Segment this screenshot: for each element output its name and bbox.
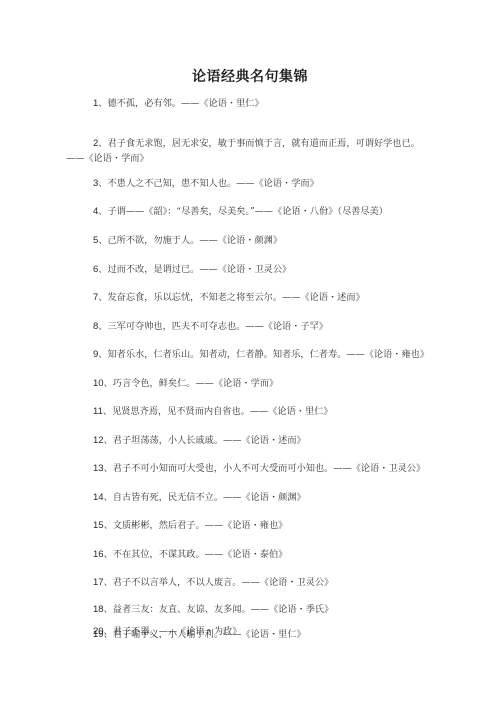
item-text: 益者三友：友直、友谅、友多闻。——《论语・季氏》 xyxy=(113,604,334,615)
item-text: 知者乐水，仁者乐山。知者动，仁者静。知者乐，仁者寿。——《论语・雍也》 xyxy=(107,349,429,360)
item-number: 15 xyxy=(93,520,104,531)
item-text: 发奋忘食，乐以忘忧，不知老之将至云尔。——《论语・述而》 xyxy=(107,292,364,303)
item-text: 文质彬彬，然后君子。——《论语・雍也》 xyxy=(113,520,288,531)
quote-item-5: 5、己所不欲，勿施于人。——《论语・颜渊》 xyxy=(66,234,434,249)
quote-item-20: 20、君子不器。——《论语・为政》 xyxy=(66,625,434,640)
quote-item-15: 15、文质彬彬，然后君子。——《论语・雍也》 xyxy=(66,519,434,534)
document-title: 论语经典名句集锦 xyxy=(0,66,500,86)
item-text: 德不孤，必有邻。——《论语・里仁》 xyxy=(107,98,263,109)
item-text: 不患人之不己知，患不知人也。——《论语・学而》 xyxy=(107,178,318,189)
item-separator: 、 xyxy=(104,626,113,637)
item-number: 17 xyxy=(93,577,104,588)
item-text: 己所不欲，勿施于人。——《论语・颜渊》 xyxy=(107,235,282,246)
item-text: 君子食无求饱，居无求安，敏于事而慎于言，就有道而正焉，可谓好学也已。——《论语・… xyxy=(66,138,420,164)
item-text: 君子不器。——《论语・为政》 xyxy=(113,626,242,637)
item-number: 11 xyxy=(93,406,103,417)
item-separator: 、 xyxy=(104,463,113,474)
item-number: 20 xyxy=(93,626,104,637)
quote-item-13: 13、君子不可小知而可大受也，小人不可大受而可小知也。——《论语・卫灵公》 xyxy=(66,462,434,477)
item-number: 18 xyxy=(93,604,104,615)
quote-item-12: 12、君子坦荡荡，小人长戚戚。——《论语・述而》 xyxy=(66,434,434,449)
item-separator: 、 xyxy=(104,492,113,503)
quote-item-7: 7、发奋忘食，乐以忘忧，不知老之将至云尔。——《论语・述而》 xyxy=(66,291,434,306)
item-text: 三军可夺帅也，匹夫不可夺志也。——《论语・子罕》 xyxy=(107,321,328,332)
item-separator: 、 xyxy=(103,406,112,417)
quote-item-2: 2、君子食无求饱，居无求安，敏于事而慎于言，就有道而正焉，可谓好学也已。——《论… xyxy=(66,137,434,166)
item-number: 12 xyxy=(93,435,104,446)
item-number: 10 xyxy=(93,378,104,389)
item-text: 子谓——《韶》：“尽善矣，尽美矣。”——《论语・八佾》（尽善尽美） xyxy=(107,206,387,217)
quote-item-11: 11、见贤思齐焉，见不贤而内自省也。——《论语・里仁》 xyxy=(66,405,434,420)
quote-item-8: 8、三军可夺帅也，匹夫不可夺志也。——《论语・子罕》 xyxy=(66,320,434,335)
item-text: 不在其位，不谋其政。——《论语・泰伯》 xyxy=(113,549,288,560)
item-text: 过而不改，是谓过已。——《论语・卫灵公》 xyxy=(107,264,291,275)
quote-item-1: 1、德不孤，必有邻。——《论语・里仁》 xyxy=(66,97,434,112)
item-separator: 、 xyxy=(104,604,113,615)
quote-item-9: 9、知者乐水，仁者乐山。知者动，仁者静。知者乐，仁者寿。——《论语・雍也》 xyxy=(66,348,434,363)
item-separator: 、 xyxy=(104,577,113,588)
quote-item-17: 17、君子不以言举人，不以人废言。——《论语・卫灵公》 xyxy=(66,576,434,591)
item-text: 君子不以言举人，不以人废言。——《论语・卫灵公》 xyxy=(113,577,334,588)
item-text: 君子坦荡荡，小人长戚戚。——《论语・述而》 xyxy=(113,435,306,446)
item-text: 君子不可小知而可大受也，小人不可大受而可小知也。——《论语・卫灵公》 xyxy=(113,463,425,474)
item-text: 巧言令色，鲜矣仁。——《论语・学而》 xyxy=(113,378,278,389)
item-number: 16 xyxy=(93,549,104,560)
item-text: 见贤思齐焉，见不贤而内自省也。——《论语・里仁》 xyxy=(112,406,333,417)
item-separator: 、 xyxy=(104,520,113,531)
item-separator: 、 xyxy=(104,435,113,446)
quote-item-6: 6、过而不改，是谓过已。——《论语・卫灵公》 xyxy=(66,263,434,278)
item-number: 14 xyxy=(93,492,104,503)
item-separator: 、 xyxy=(104,378,113,389)
item-text: 自古皆有死，民无信不立。——《论语・颜渊》 xyxy=(113,492,306,503)
item-separator: 、 xyxy=(104,549,113,560)
quote-item-3: 3、不患人之不己知，患不知人也。——《论语・学而》 xyxy=(66,177,434,192)
quote-item-10: 10、巧言令色，鲜矣仁。——《论语・学而》 xyxy=(66,377,434,392)
quote-item-14: 14、自古皆有死，民无信不立。——《论语・颜渊》 xyxy=(66,491,434,506)
quote-item-18: 18、益者三友：友直、友谅、友多闻。——《论语・季氏》 xyxy=(66,603,434,618)
quote-item-16: 16、不在其位，不谋其政。——《论语・泰伯》 xyxy=(66,548,434,563)
document-page: 论语经典名句集锦 1、德不孤，必有邻。——《论语・里仁》 2、君子食无求饱，居无… xyxy=(0,0,500,708)
item-number: 13 xyxy=(93,463,104,474)
quote-item-4: 4、子谓——《韶》：“尽善矣，尽美矣。”——《论语・八佾》（尽善尽美） xyxy=(66,205,434,220)
